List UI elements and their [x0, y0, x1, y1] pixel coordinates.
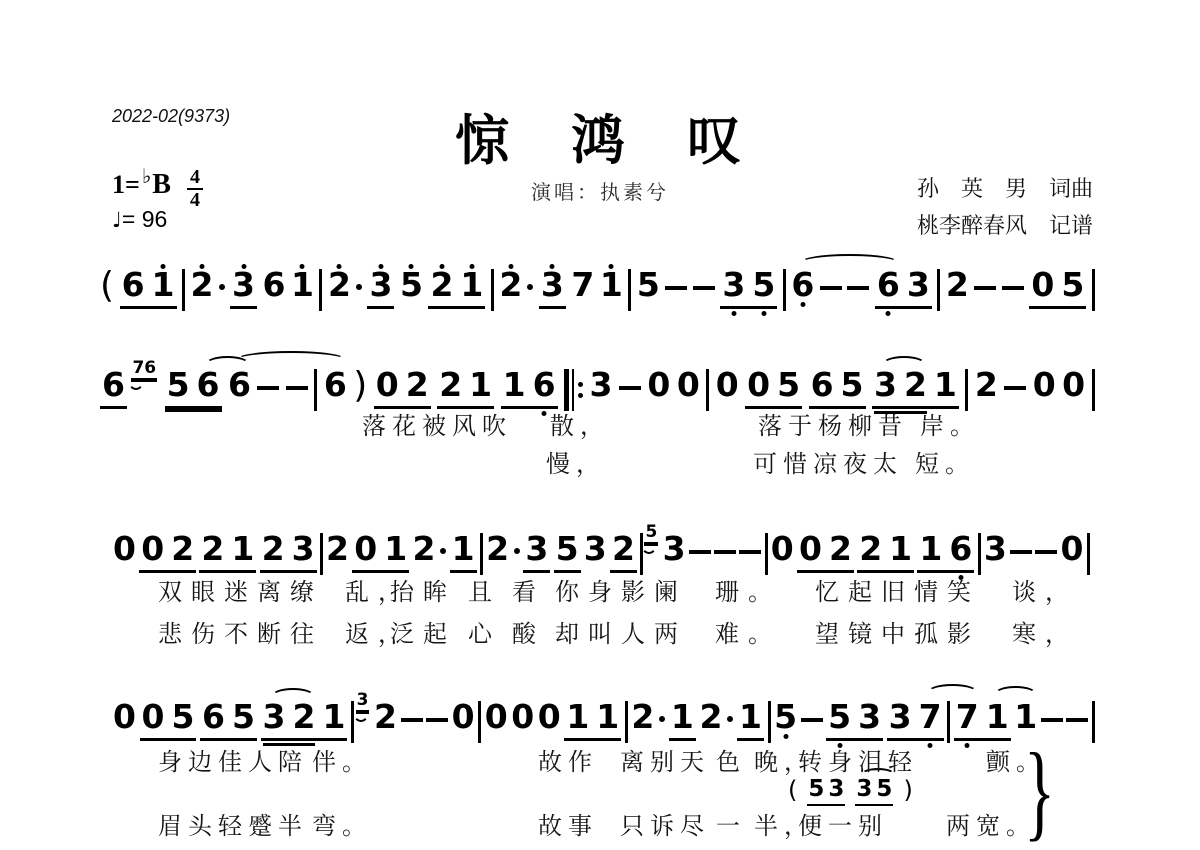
beamed-note-group: 21: [428, 266, 485, 309]
octave-dot-above: [609, 264, 614, 269]
note: 6: [811, 366, 834, 404]
beamed-note-group: 02: [374, 366, 431, 409]
note-digit: 0: [1062, 366, 1085, 404]
duration-dash: [665, 286, 687, 290]
note-digit: 2: [612, 530, 635, 568]
octave-dot-above: [241, 264, 246, 269]
augmentation-dot: [514, 548, 520, 554]
note: 2: [201, 530, 224, 568]
note: 0: [771, 530, 794, 568]
note-digit: 0: [771, 530, 794, 568]
beamed-note-group: 1: [669, 698, 696, 741]
note: 1: [469, 366, 492, 404]
lyric-segment: 忆起旧情笑: [815, 578, 980, 608]
octave-dot-above: [469, 264, 474, 269]
augmentation-dot: [356, 284, 362, 290]
lyric-segment: 抬眸: [390, 578, 456, 608]
lyric-segment: 却叫人两: [555, 620, 687, 650]
lyric-segment: 难。: [715, 620, 781, 650]
music-line-1: (612361235212371535663205: [100, 266, 1095, 310]
lyric-segment: 双眼迷离缭: [158, 578, 323, 608]
time-signature-top: 4: [187, 168, 203, 190]
note: 7: [571, 266, 594, 304]
note-digit: 1: [231, 530, 254, 568]
note-digit: 5: [232, 698, 255, 736]
note-digit: 0: [511, 698, 534, 736]
beamed-note-group: 01: [352, 530, 409, 573]
octave-dot-above: [200, 264, 205, 269]
grace-notes: 5: [644, 523, 658, 544]
note: 2: [486, 530, 520, 568]
note: 0: [1062, 366, 1085, 404]
repeat-dots: [578, 382, 583, 398]
lyric-segment: 可惜凉夜太: [753, 450, 903, 480]
note-digit: 5: [556, 530, 579, 568]
note: 2: [326, 530, 349, 568]
lyric-segment: 散，: [550, 412, 610, 442]
note-digit: 2: [486, 530, 509, 568]
lyric-segment: 故作: [538, 748, 598, 778]
note-digit: 2: [262, 530, 285, 568]
beamed-note-group: 05: [140, 698, 197, 741]
note-digit: 2: [499, 266, 522, 304]
note-digit: 2: [975, 366, 998, 404]
beamed-note-group: 1: [737, 698, 764, 741]
note: 5: [752, 266, 775, 304]
beamed-note-group: 05: [745, 366, 802, 409]
note-digit: 0: [485, 698, 508, 736]
note: 1: [291, 266, 314, 304]
duration-dash: [426, 718, 448, 722]
duration-dash: [1041, 718, 1063, 722]
note: 5: [808, 776, 824, 803]
beamed-note-group: 23: [260, 530, 317, 573]
note: 1: [739, 698, 762, 736]
tie-slur: [800, 254, 900, 271]
beamed-note-group: 53: [807, 776, 845, 806]
note: 2: [430, 266, 453, 304]
note-digit: 0: [376, 366, 399, 404]
note-digit: 3: [984, 530, 1007, 568]
repeat-dot: [578, 382, 583, 387]
note-digit: 6: [877, 266, 900, 304]
note-digit: 1: [671, 698, 694, 736]
octave-dot-below: [731, 311, 736, 316]
augmentation-dot: [727, 716, 733, 722]
tie-slur: [236, 351, 346, 368]
note-digit: 6: [949, 530, 972, 568]
transcriber-credit: 桃李醉春风 记谱: [917, 213, 1093, 238]
note: 1: [152, 266, 175, 304]
beamed-note-group: 65: [809, 366, 866, 409]
beamed-note-group: 61: [120, 266, 177, 309]
key-signature: 1= ♭ B 4 4: [112, 168, 203, 210]
note: 2: [829, 530, 852, 568]
key-letter: B: [152, 168, 171, 202]
note-digit: 1: [596, 698, 619, 736]
lyric-segment: 落于杨柳昔: [758, 412, 908, 442]
duration-dash: [257, 386, 279, 390]
note-digit: 2: [328, 266, 351, 304]
octave-dot-above: [378, 264, 383, 269]
lyric-segment: 酸: [512, 620, 545, 650]
note-digit: 5: [400, 266, 423, 304]
note-digit: 3: [907, 266, 930, 304]
note-digit: 3: [369, 266, 392, 304]
note: 2: [328, 266, 362, 304]
note: 2: [262, 530, 285, 568]
barline: [937, 269, 940, 311]
beamed-note-group: 3: [367, 266, 394, 309]
quarter-note-icon: ♩: [112, 208, 122, 232]
note-digit: 2: [171, 530, 194, 568]
beamed-note-group: 35: [720, 266, 777, 309]
note: 2: [439, 366, 462, 404]
duration-dash: [974, 286, 996, 290]
note-digit: 1: [460, 266, 483, 304]
note-digit: 6: [811, 366, 834, 404]
note: 3: [828, 776, 844, 803]
tempo-value: = 96: [122, 206, 167, 232]
beamed-note-group: 02: [797, 530, 854, 573]
note: 3: [584, 530, 607, 568]
beamed-note-group: 2: [610, 530, 637, 573]
beamed-note-group: 21: [857, 530, 914, 573]
duration-dash: [286, 386, 308, 390]
octave-dot-above: [550, 264, 555, 269]
duration-dash: [1010, 550, 1032, 554]
note-digit: 0: [1061, 530, 1084, 568]
lyric-segment: 谈，: [1012, 578, 1078, 608]
begin-repeat-sign: [564, 369, 583, 411]
note: 6: [533, 366, 556, 404]
duration-dash: [1004, 386, 1026, 390]
note: 6: [202, 698, 225, 736]
closing-brace: }: [1024, 740, 1055, 844]
music-line-4: 0056532132000011212155337711: [113, 698, 1095, 742]
note: 3: [722, 266, 745, 304]
note: 1: [596, 698, 619, 736]
note-digit: 6: [533, 366, 556, 404]
note: 2: [499, 266, 533, 304]
barline: [1092, 369, 1095, 411]
lyric-segment: 泛起: [390, 620, 456, 650]
note: 0: [1031, 266, 1054, 304]
beamed-note-group: 16: [917, 530, 974, 573]
lyric-segment: 转身泪轻: [798, 748, 918, 778]
note-digit: 1: [934, 366, 957, 404]
beamed-note-group: 02: [139, 530, 196, 573]
note-digit: 1: [1014, 698, 1037, 736]
note-digit: 6: [122, 266, 145, 304]
note: 0: [538, 698, 561, 736]
note-digit: 0: [647, 366, 670, 404]
augmentation-dot: [659, 716, 665, 722]
repeat-thin-bar: [572, 369, 574, 411]
note-digit: 0: [354, 530, 377, 568]
note-digit: 5: [637, 266, 660, 304]
barline: [706, 369, 709, 411]
note-digit: 5: [774, 698, 797, 736]
parenthesis: (: [788, 776, 797, 804]
note-digit: 1: [600, 266, 623, 304]
lyric-segment: 离: [620, 748, 650, 778]
lyric-segment: 落花被风吹: [362, 412, 512, 442]
beamed-note-group: 56: [165, 366, 222, 409]
sheet-music-page: 2022-02(9373) 惊 鸿 叹 演唱：执素兮 孙 英 男 词曲桃李醉春风…: [0, 0, 1200, 850]
note: 5: [167, 366, 190, 404]
note: 7: [956, 698, 979, 736]
note-digit: 6: [263, 266, 286, 304]
note-digit: 5: [167, 366, 190, 404]
lyric-segment: 弯。: [312, 812, 372, 842]
barline: [947, 701, 950, 743]
note-digit: 3: [828, 776, 844, 803]
note-digit: 2: [859, 530, 882, 568]
lyric-segment: 慢，: [546, 450, 606, 480]
note: 1: [384, 530, 407, 568]
note-digit: 3: [663, 530, 686, 568]
note: 3: [541, 266, 564, 304]
note: 3: [984, 530, 1007, 568]
barline: [1092, 269, 1095, 311]
lyric-segment: 短。: [915, 450, 975, 480]
note: 2: [975, 366, 998, 404]
duration-dash: [689, 550, 711, 554]
note: 3: [907, 266, 930, 304]
flat-sign-icon: ♭: [142, 166, 151, 186]
beamed-note-group: 3: [539, 266, 566, 309]
beamed-note-group: 3: [523, 530, 550, 573]
note: 5: [777, 366, 800, 404]
lyric-segment: 伴。: [312, 748, 372, 778]
note: 1: [600, 266, 623, 304]
note: 2: [412, 530, 446, 568]
octave-dot-above: [508, 264, 513, 269]
beamed-note-group: 21: [199, 530, 256, 573]
tie-slur: [994, 686, 1037, 703]
note-digit: 3: [525, 530, 548, 568]
parenthesis: ): [353, 366, 367, 406]
note-digit: 1: [739, 698, 762, 736]
note: 0: [647, 366, 670, 404]
duration-dash: [1035, 550, 1057, 554]
lyric-segment: 别天: [650, 748, 710, 778]
octave-dot-below: [783, 734, 788, 739]
tempo-marking: ♩= 96: [112, 206, 167, 233]
note: 2: [171, 530, 194, 568]
octave-dot-above: [300, 264, 305, 269]
note: 0: [376, 366, 399, 404]
note-digit: 0: [141, 530, 164, 568]
note-digit: 2: [430, 266, 453, 304]
note-digit: 5: [777, 366, 800, 404]
note-digit: 0: [113, 530, 136, 568]
note: 0: [485, 698, 508, 736]
note: 3: [663, 530, 686, 568]
note: 6: [877, 266, 900, 304]
duration-dash: [739, 550, 761, 554]
barline: [625, 701, 628, 743]
note-digit: 2: [946, 266, 969, 304]
note-digit: 5: [841, 366, 864, 404]
note-digit: 2: [631, 698, 654, 736]
octave-dot-above: [161, 264, 166, 269]
note: 6: [102, 366, 125, 404]
note-digit: 2: [699, 698, 722, 736]
note-digit: 3: [292, 530, 315, 568]
note: 0: [113, 698, 136, 736]
note-digit: 6: [324, 366, 347, 404]
note-digit: 1: [322, 698, 345, 736]
note-digit: 3: [722, 266, 745, 304]
octave-dot-below: [928, 743, 933, 748]
note-digit: 0: [716, 366, 739, 404]
note: 0: [141, 530, 164, 568]
words-music-credit: 孙 英 男 词曲: [917, 176, 1093, 201]
note: 3: [369, 266, 392, 304]
note: 5: [232, 698, 255, 736]
duration-dash: [1066, 718, 1088, 722]
note: 6: [324, 366, 347, 404]
note: 5: [172, 698, 195, 736]
octave-dot-below: [886, 311, 891, 316]
lyric-segment: 身边佳人陪: [158, 748, 308, 778]
note: 1: [986, 698, 1009, 736]
note-digit: 3: [589, 366, 612, 404]
barline: [319, 269, 322, 311]
beamed-note-group: 53: [826, 698, 883, 741]
beamed-note-group: 71: [954, 698, 1011, 741]
note: 3: [525, 530, 548, 568]
note: 1: [322, 698, 345, 736]
note: 1: [503, 366, 526, 404]
lyric-segment: 你身影阑: [555, 578, 687, 608]
note-digit: 2: [374, 698, 397, 736]
beamed-note-group: 21: [437, 366, 494, 409]
lyric-segment: 看: [512, 578, 545, 608]
note: 2: [191, 266, 225, 304]
note-digit: 2: [326, 530, 349, 568]
barline: [480, 533, 483, 575]
note: 7: [919, 698, 942, 736]
note-digit: 3: [584, 530, 607, 568]
note: 3: [858, 698, 881, 736]
note-digit: 0: [113, 698, 136, 736]
note: 0: [716, 366, 739, 404]
beamed-note-group: 37: [887, 698, 944, 741]
note: 2: [946, 266, 969, 304]
tie-slur: [271, 688, 315, 705]
note: 1: [566, 698, 589, 736]
note: 3: [889, 698, 912, 736]
note: 5: [400, 266, 423, 304]
note: 1: [452, 530, 475, 568]
note: 6: [122, 266, 145, 304]
note: 5: [841, 366, 864, 404]
octave-dot-above: [409, 264, 414, 269]
barline: [1092, 701, 1095, 743]
note: 1: [231, 530, 254, 568]
note-digit: 1: [503, 366, 526, 404]
barline: [965, 369, 968, 411]
barline: [765, 533, 768, 575]
beamed-note-group: 5: [554, 530, 581, 573]
parenthesis: ): [903, 776, 912, 804]
key-prefix: 1=: [112, 168, 140, 202]
note: 2: [859, 530, 882, 568]
lyric-segment: 且: [468, 578, 501, 608]
note: 0: [452, 698, 475, 736]
note: 3: [292, 530, 315, 568]
parenthesis: (: [100, 266, 114, 306]
note-digit: 5: [1061, 266, 1084, 304]
octave-dot-above: [439, 264, 444, 269]
note: 2: [631, 698, 665, 736]
grace-notes: 76: [131, 359, 157, 380]
note: 0: [113, 530, 136, 568]
grace-notes: 3: [356, 691, 370, 712]
beamed-note-group: 6: [100, 366, 127, 409]
note-digit: 1: [919, 530, 942, 568]
note: 2: [374, 698, 397, 736]
note-digit: 0: [452, 698, 475, 736]
lyric-segment: 色: [716, 748, 746, 778]
duration-dash: [1002, 286, 1024, 290]
note-digit: 0: [747, 366, 770, 404]
note-digit: 2: [201, 530, 224, 568]
note-digit: 1: [566, 698, 589, 736]
duration-dash: [847, 286, 869, 290]
barline: [640, 533, 643, 575]
note: 2: [612, 530, 635, 568]
note-digit: 0: [1031, 266, 1054, 304]
note: 1: [934, 366, 957, 404]
note-digit: 0: [677, 366, 700, 404]
note-digit: 2: [829, 530, 852, 568]
beamed-note-group: 321: [261, 698, 348, 741]
octave-dot-below: [761, 311, 766, 316]
barline: [768, 701, 771, 743]
barline: [783, 269, 786, 311]
note-digit: 5: [808, 776, 824, 803]
octave-dot-above: [337, 264, 342, 269]
barline: [1087, 533, 1090, 575]
augmentation-dot: [219, 284, 225, 290]
note: 3: [589, 366, 612, 404]
duration-dash: [801, 718, 823, 722]
note-digit: 1: [452, 530, 475, 568]
song-title: 惊 鸿 叹: [0, 98, 1200, 175]
note-digit: 3: [541, 266, 564, 304]
duration-dash: [693, 286, 715, 290]
note: 0: [747, 366, 770, 404]
note: 1: [889, 530, 912, 568]
note-digit: 1: [291, 266, 314, 304]
lyric-segment: 两宽。: [946, 812, 1036, 842]
note-digit: 5: [828, 698, 851, 736]
lyric-segment: 心: [468, 620, 501, 650]
note: 1: [671, 698, 694, 736]
note-digit: 5: [752, 266, 775, 304]
lyric-segment: 便一别: [798, 812, 888, 842]
lyric-segment: 故事: [538, 812, 598, 842]
lyric-segment: 岸。: [920, 412, 980, 442]
note-digit: 0: [538, 698, 561, 736]
octave-dot-below: [965, 743, 970, 748]
lyric-segment: 眉头轻蹙半: [158, 812, 308, 842]
note-digit: 6: [102, 366, 125, 404]
